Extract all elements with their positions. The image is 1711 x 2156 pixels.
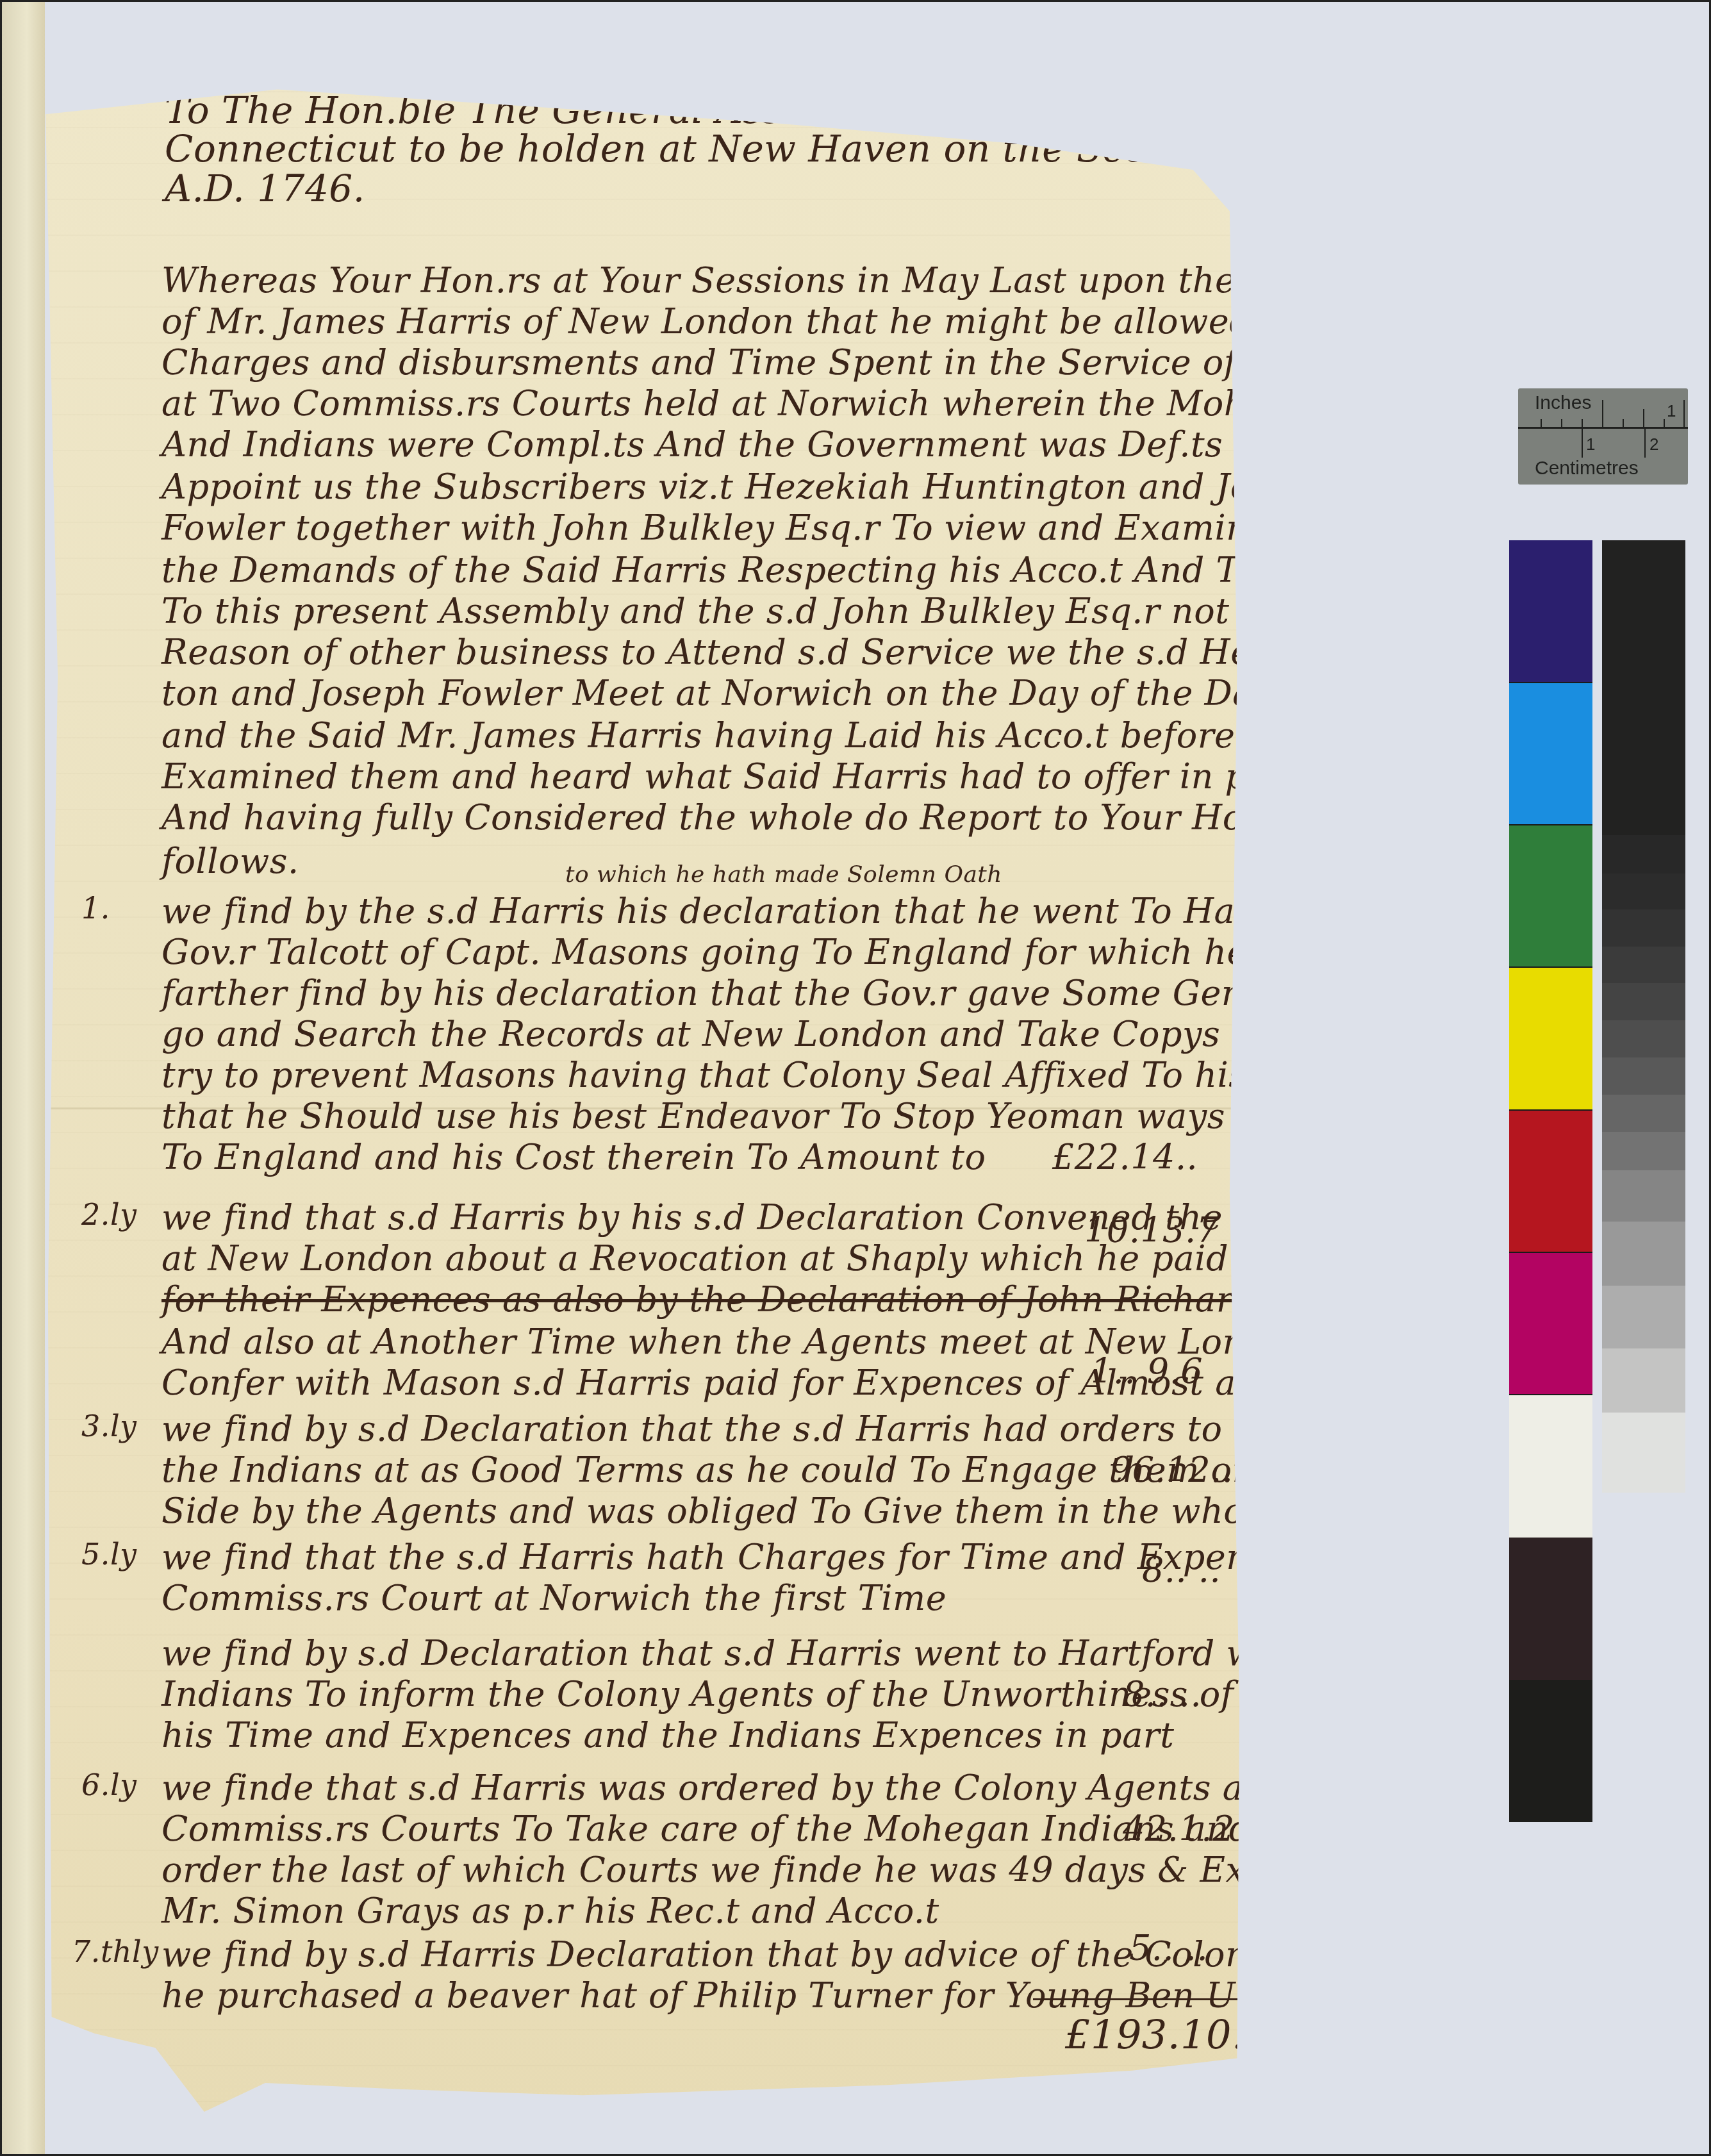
item-line: we find by s.d Declaration that the s.d …	[161, 1409, 1425, 1449]
body-line: And having fully Considered the whole do…	[161, 797, 1363, 838]
item-line: at New London about a Revocation at Shap…	[161, 1238, 1425, 1279]
item-line: we find by s.d Declaration that s.d Harr…	[161, 1633, 1444, 1673]
item-number: 3.ly	[81, 1409, 137, 1443]
ruler-tick	[1644, 429, 1646, 458]
folio-number: 2a	[1187, 69, 1224, 104]
total-rule	[1033, 1998, 1244, 2000]
item-line: we finde that s.d Harris was ordered by …	[161, 1768, 1418, 1808]
body-line: Fowler together with John Bulkley Esq.r …	[161, 508, 1350, 548]
grand-total: £193.10.3	[1065, 2011, 1270, 2058]
item-line: his Time and Expences and the Indians Ex…	[161, 1715, 1174, 1755]
color-patch-violet	[1509, 540, 1592, 683]
item-line: farther find by his declaration that the…	[161, 973, 1711, 1013]
color-patch-yellow	[1509, 968, 1592, 1111]
inches-label: Inches	[1535, 392, 1591, 414]
body-line: To this present Assembly and the s.d Joh…	[161, 591, 1481, 631]
scale-ruler-card: Inches 1 1 2 Centimetres	[1518, 388, 1688, 485]
color-patch-red	[1509, 1111, 1592, 1253]
item-line: the Indians at as Good Terms as he could…	[161, 1450, 1458, 1490]
item-line: he purchased a beaver hat of Philip Turn…	[161, 1975, 1391, 2016]
gray-patch	[1602, 1170, 1685, 1222]
gray-patch	[1602, 835, 1685, 874]
body-line: ton and Joseph Fowler Meet at Norwich on…	[161, 673, 1415, 713]
ruler-baseline	[1518, 427, 1688, 429]
item-line: Indians To inform the Colony Agents of t…	[161, 1674, 1492, 1714]
item-amount: 1.. 9.6	[1091, 1351, 1203, 1391]
gray-patch	[1602, 1413, 1685, 1493]
body-line: of Mr. James Harris of New London that h…	[161, 301, 1454, 342]
color-target-strip	[1509, 540, 1592, 1822]
ruler-tick	[1582, 419, 1583, 427]
ruler-tick	[1683, 400, 1685, 427]
item-amount: 42.1.2	[1123, 1809, 1235, 1849]
heading-line: Connecticut to be holden at New Haven on…	[165, 127, 1589, 170]
ruler-tick	[1541, 419, 1542, 427]
heading-line: A.D. 1746.	[165, 167, 365, 210]
body-line: Whereas Your Hon.rs at Your Sessions in …	[161, 260, 1365, 301]
gray-patch	[1602, 1095, 1685, 1132]
item-number: 1.	[81, 891, 110, 925]
item-line: we find by s.d Harris Declaration that b…	[161, 1934, 1403, 1975]
body-line: follows.	[161, 841, 299, 881]
item-line: we find that s.d Harris by his s.d Decla…	[161, 1197, 1530, 1238]
item-amount: 10.13.7	[1084, 1210, 1219, 1250]
gray-patch	[1602, 909, 1685, 947]
body-line: Examined them and heard what Said Harris…	[161, 756, 1460, 797]
body-line: the Demands of the Said Harris Respectin…	[161, 550, 1499, 590]
ruler-tick	[1643, 409, 1644, 427]
grayscale-target-strip	[1602, 540, 1685, 1493]
ruler-tick	[1561, 419, 1562, 427]
ruler-tick	[1623, 419, 1624, 427]
item-line-struck: for their Expences as also by the Declar…	[161, 1279, 1379, 1320]
body-line: And Indians were Compl.ts And the Govern…	[161, 424, 1524, 465]
item-line: try to prevent Masons having that Colony…	[161, 1055, 1540, 1095]
cm-mark: 1	[1586, 435, 1595, 454]
item-amount: 8.. ..	[1123, 1674, 1202, 1714]
gray-patch	[1602, 1020, 1685, 1057]
inch-mark: 1	[1667, 401, 1676, 421]
gray-patch	[1602, 1222, 1685, 1286]
item-line: Side by the Agents and was obliged To Gi…	[161, 1491, 1277, 1531]
gray-patch	[1602, 540, 1685, 835]
item-number: 7.thly	[72, 1934, 159, 1969]
item-number: 2.ly	[81, 1197, 137, 1232]
body-line: at Two Commiss.rs Courts held at Norwich…	[161, 383, 1486, 424]
gray-patch	[1602, 1132, 1685, 1170]
item-line: we find by the s.d Harris his declaratio…	[161, 891, 1591, 931]
cm-mark: 2	[1649, 435, 1658, 454]
gray-patch	[1602, 983, 1685, 1020]
binding-strip	[0, 0, 45, 2156]
color-patch-brown	[1509, 1538, 1592, 1680]
color-patch-cyan	[1509, 683, 1592, 825]
centimetres-label: Centimetres	[1535, 458, 1639, 479]
item-line: Commiss.rs Court at Norwich the first Ti…	[161, 1578, 946, 1618]
body-line: and the Said Mr. James Harris having Lai…	[161, 715, 1525, 756]
gray-patch	[1602, 947, 1685, 983]
color-patch-magenta	[1509, 1253, 1592, 1395]
ruler-tick	[1602, 400, 1603, 427]
body-line: Reason of other business to Attend s.d S…	[161, 632, 1537, 672]
item-line: that he Should use his best Endeavor To …	[161, 1096, 1711, 1136]
item-amount: £22.14..	[1052, 1137, 1198, 1177]
gray-patch	[1602, 1286, 1685, 1348]
color-patch-white	[1509, 1395, 1592, 1538]
color-patch-green	[1509, 825, 1592, 968]
gray-patch	[1602, 1057, 1685, 1095]
item-line: Commiss.rs Courts To Take care of the Mo…	[161, 1809, 1496, 1849]
body-line: Charges and disbursments and Time Spent …	[161, 342, 1435, 383]
item-line: To England and his Cost therein To Amoun…	[161, 1137, 986, 1177]
heading-line: To The Hon.ble The General Assembly of H…	[165, 88, 1398, 132]
color-patch-black	[1509, 1680, 1592, 1822]
item-amount: 96.12..	[1110, 1450, 1233, 1490]
item-line: Mr. Simon Grays as p.r his Rec.t and Acc…	[161, 1891, 939, 1931]
item-amount: 8.. ..	[1142, 1550, 1221, 1590]
item-number: 5.ly	[81, 1537, 137, 1571]
manuscript-page: 2a To The Hon.ble The General Assembly o…	[33, 56, 1254, 2120]
gray-patch	[1602, 1348, 1685, 1413]
item-amount: 5.. ..	[1129, 1928, 1208, 1968]
item-line: order the last of which Courts we finde …	[161, 1850, 1416, 1890]
item-line: we find that the s.d Harris hath Charges…	[161, 1537, 1423, 1577]
item-line: go and Search the Records at New London …	[161, 1014, 1636, 1054]
ruler-tick	[1582, 429, 1583, 458]
interlinear-note: to which he hath made Solemn Oath	[565, 861, 1002, 888]
item-line: Gov.r Talcott of Capt. Masons going To E…	[161, 932, 1621, 972]
gray-patch	[1602, 874, 1685, 909]
body-line: Appoint us the Subscribers viz.t Hezekia…	[161, 467, 1335, 507]
item-number: 6.ly	[81, 1768, 137, 1802]
ruler-tick	[1664, 419, 1665, 427]
item-line: Confer with Mason s.d Harris paid for Ex…	[161, 1363, 1393, 1403]
